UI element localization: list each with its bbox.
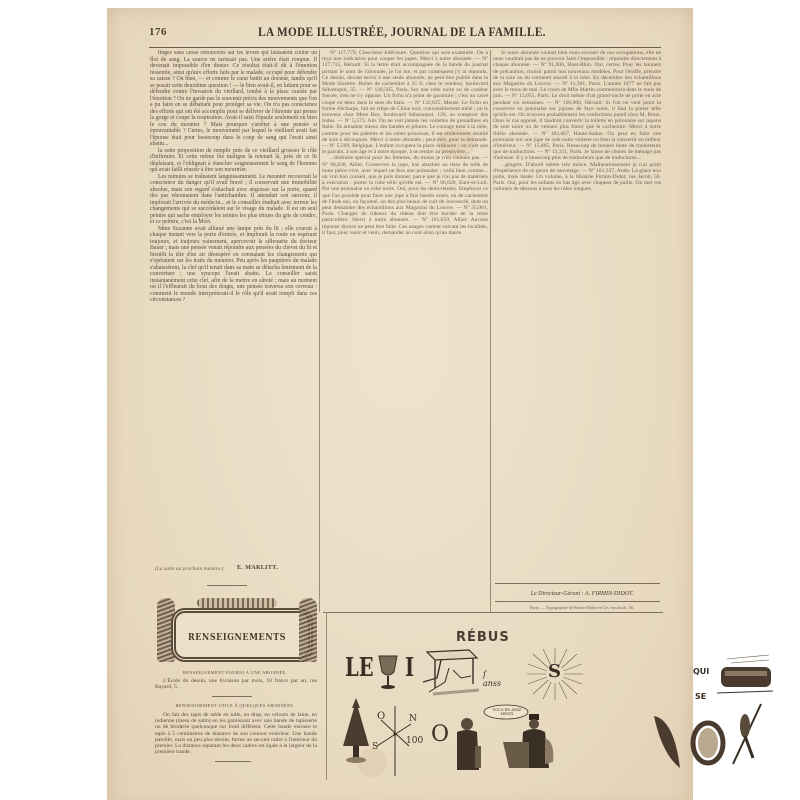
rebus-letter-o: O [431, 722, 449, 747]
section-heading: RENSEIGNEMENT FOURNI À UNE ABONNÉE. [155, 670, 315, 675]
header-rule [149, 47, 661, 48]
section-heading: RENSEIGNEMENT UTILE À QUELQUES ABONNÉES. [155, 703, 315, 708]
divider [207, 585, 247, 586]
continued-note: (La suite au prochain numéro.) [155, 566, 224, 572]
divider [212, 696, 252, 697]
rebus-letter-i: I [405, 653, 414, 683]
rolled-carpet-icon [717, 653, 773, 695]
paragraph: ...gingers. D'abord même très mince. Mal… [493, 162, 661, 193]
paragraph: la sotte proposition de remplir près de … [150, 148, 317, 174]
paragraph: Mme Suzanne avait allumé une lampe près … [150, 226, 317, 304]
cypress-tree-icon [339, 698, 373, 764]
journal-title: LA MODE ILLUSTRÉE, JOURNAL DE LA FAMILLE… [213, 25, 591, 40]
banner-title: RENSEIGNEMENTS [169, 632, 305, 643]
rebus-word-se: SE [695, 692, 706, 701]
column-divider [319, 50, 320, 612]
judge-at-desk-icon [499, 712, 557, 770]
feather-icon [652, 714, 682, 770]
column-divider [490, 50, 491, 612]
goblet-icon [377, 654, 399, 690]
crossed-oars-icon [729, 702, 765, 768]
paragraph: linges sans cesse renouvelés sur les lèv… [150, 50, 317, 148]
section-text: On fait des tapis de table en tulle, en … [155, 712, 317, 755]
compass-letter-o: O [377, 711, 385, 722]
paragraph: ...littéraire spécial pour les femmes, d… [322, 155, 488, 236]
column-serial-novel: linges sans cesse renouvelés sur les lèv… [150, 50, 317, 518]
printer-line: Paris. — Typographie de Firmin-Didot et … [502, 605, 662, 610]
newspaper-page: 176 LA MODE ILLUSTRÉE, JOURNAL DE LA FAM… [107, 8, 693, 800]
rebus-script-word: ſ anss [483, 670, 501, 688]
author-signature: E. MARLITT. [237, 565, 278, 571]
compass-number: 100 [406, 736, 423, 746]
compass-letter-s: S [372, 742, 378, 752]
running-table-icon [419, 648, 481, 698]
paragraph: Si notre abonnée voulait bien nous excus… [493, 50, 661, 162]
rebus-word-qui: QUI [693, 667, 709, 676]
renseignements-banner: RENSEIGNEMENTS [157, 598, 317, 662]
page-number: 176 [149, 26, 167, 38]
column-divider [326, 612, 327, 780]
ring-icon [690, 720, 726, 766]
section-text: L'École du dessin, une livraison par moi… [155, 678, 317, 690]
paragraph: L'École du dessin, une livraison par moi… [155, 678, 317, 690]
section-rule [323, 612, 663, 613]
column-correspondence-2: Si notre abonnée voulait bien nous excus… [493, 50, 661, 562]
director-text: Le Directeur-Gérant : A. FIRMIN-DIDOT. [531, 591, 634, 597]
rebus-title: RÉBUS [456, 630, 510, 645]
column-correspondence: Nº 117,779, Chercheur Inférieure. Questi… [322, 50, 488, 565]
rebus-letters-le: LE [345, 653, 374, 683]
ornament-foliage-icon [197, 598, 277, 608]
seated-man-icon [453, 716, 483, 770]
paragraph: Les minutes se traînaient languissamment… [150, 174, 317, 226]
ornament-figure-icon [299, 598, 317, 662]
paragraph: Nº 117,779, Chercheur Inférieure. Questi… [322, 50, 488, 155]
paragraph: On fait des tapis de table en tulle, en … [155, 712, 317, 755]
rebus-sun-letter: S [548, 661, 561, 682]
divider [215, 761, 251, 762]
director-signature: Le Directeur-Gérant : A. FIRMIN-DIDOT. [502, 591, 662, 597]
section-rule [495, 583, 660, 584]
compass-letter-n: N [409, 714, 417, 724]
section-rule [495, 601, 660, 602]
